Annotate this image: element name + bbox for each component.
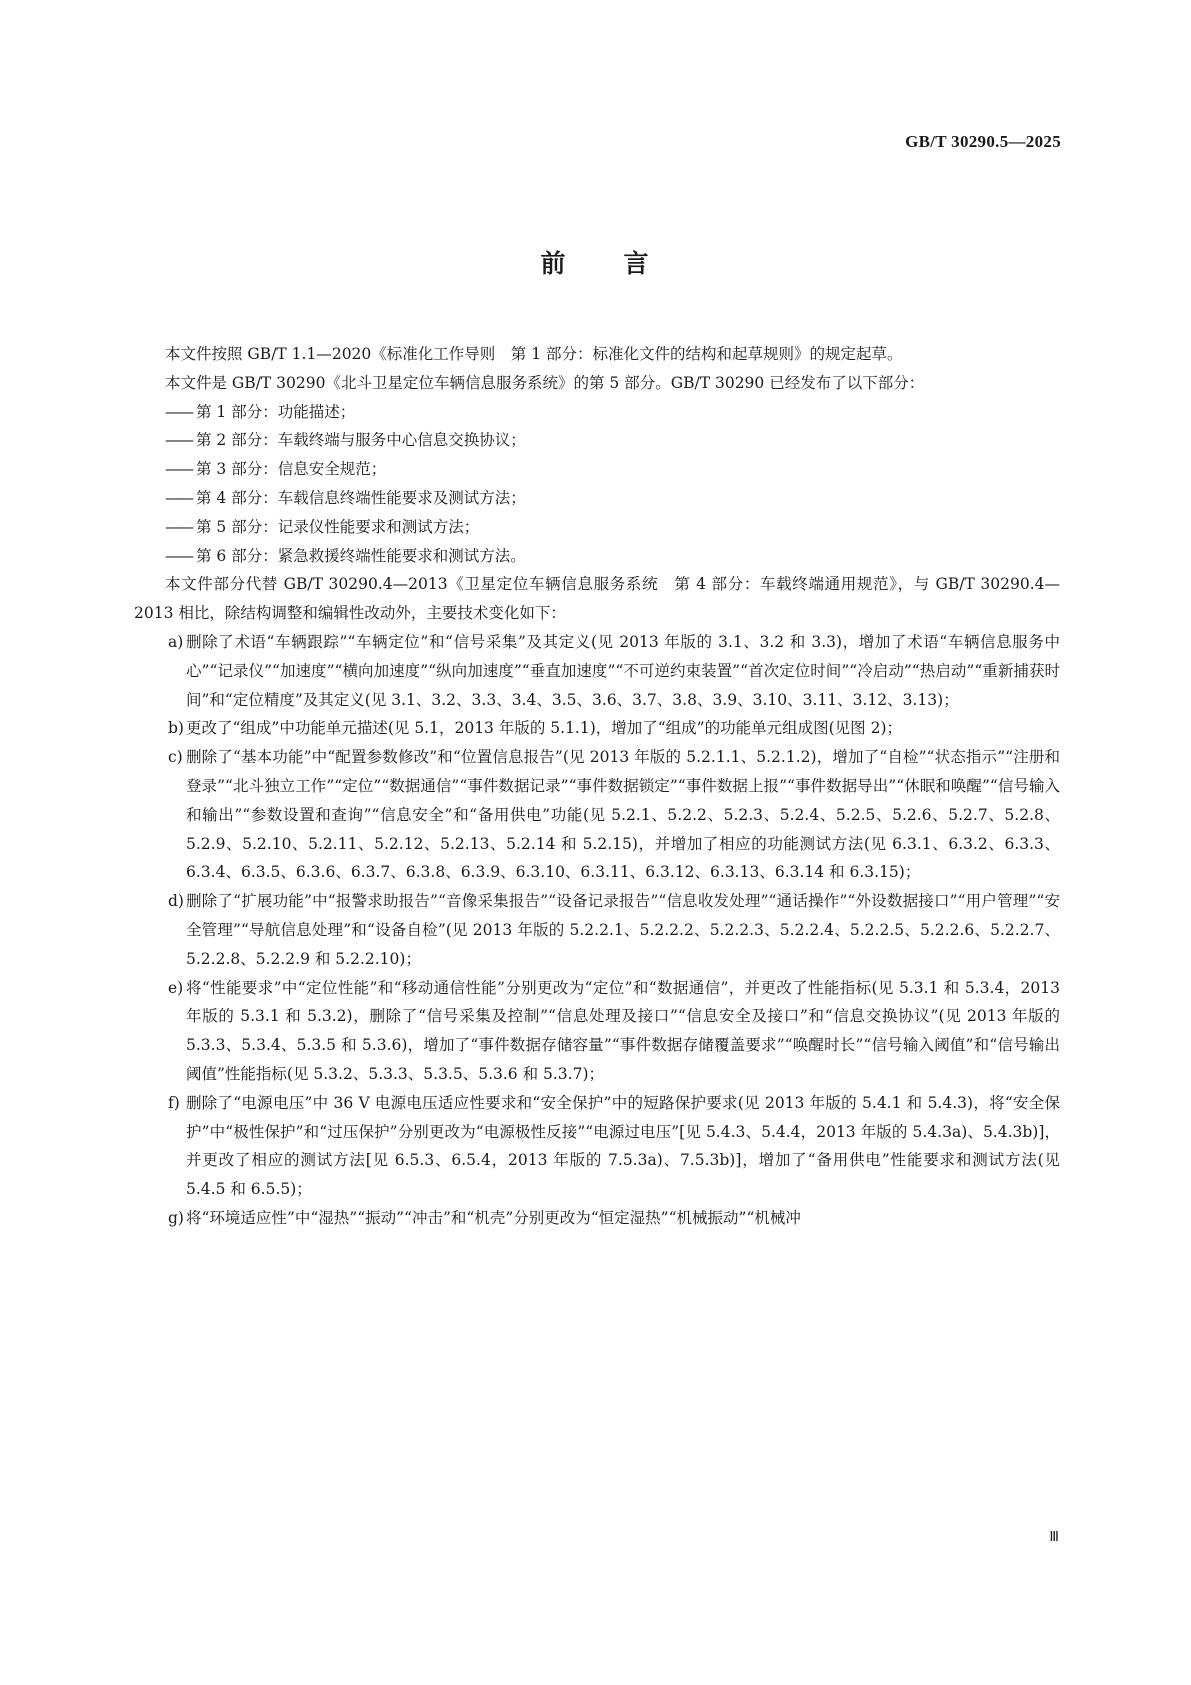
dash-marker: —— (165, 513, 196, 542)
parts-list-text: 第 1 部分：功能描述； (196, 403, 355, 421)
list-marker: d) (168, 887, 184, 916)
drafting-rule-paragraph: 本文件按照 GB/T 1.1—2020《标准化工作导则 第 1 部分：标准化文件… (134, 340, 1060, 369)
replacement-paragraph: 本文件部分代替 GB/T 30290.4—2013《卫星定位车辆信息服务系统 第… (134, 570, 1060, 628)
dash-marker: —— (165, 484, 196, 513)
parts-list-text: 第 3 部分：信息安全规范； (196, 460, 386, 478)
parts-list-item: ——第 5 部分：记录仪性能要求和测试方法； (165, 513, 1060, 542)
list-marker: a) (168, 628, 183, 657)
parts-list-text: 第 2 部分：车载终端与服务中心信息交换协议； (196, 431, 526, 449)
change-text: 将“环境适应性”中“湿热”“振动”“冲击”和“机壳”分别更改为“恒定湿热”“机械… (186, 1209, 801, 1227)
foreword-body: 本文件按照 GB/T 1.1—2020《标准化工作导则 第 1 部分：标准化文件… (134, 340, 1060, 1233)
parts-list-item: ——第 2 部分：车载终端与服务中心信息交换协议； (165, 426, 1060, 455)
changes-list: a)删除了术语“车辆跟踪”“车辆定位”和“信号采集”及其定义(见 2013 年版… (134, 628, 1060, 1233)
change-text: 删除了术语“车辆跟踪”“车辆定位”和“信号采集”及其定义(见 2013 年版的 … (186, 633, 1060, 709)
change-item-g: g)将“环境适应性”中“湿热”“振动”“冲击”和“机壳”分别更改为“恒定湿热”“… (134, 1204, 1060, 1233)
parts-list-text: 第 5 部分：记录仪性能要求和测试方法； (196, 518, 479, 536)
page-title-char-2: 言 (624, 249, 651, 278)
list-marker: e) (168, 974, 183, 1003)
change-text: 将“性能要求”中“定位性能”和“移动通信性能”分别更改为“定位”和“数据通信”，… (186, 979, 1060, 1083)
parts-list-item: ——第 6 部分：紧急救援终端性能要求和测试方法。 (165, 542, 1060, 571)
dash-marker: —— (165, 426, 196, 455)
parts-list-item: ——第 4 部分：车载信息终端性能要求及测试方法； (165, 484, 1060, 513)
dash-marker: —— (165, 398, 196, 427)
list-marker: g) (168, 1204, 184, 1233)
page-number: Ⅲ (1049, 1529, 1059, 1546)
dash-marker: —— (165, 542, 196, 571)
change-item-f: f)删除了“电源电压”中 36 V 电源电压适应性要求和“安全保护”中的短路保护… (134, 1089, 1060, 1204)
parts-list-text: 第 6 部分：紧急救援终端性能要求和测试方法。 (196, 547, 526, 565)
change-text: 更改了“组成”中功能单元描述(见 5.1，2013 年版的 5.1.1)，增加了… (186, 719, 902, 737)
change-item-e: e)将“性能要求”中“定位性能”和“移动通信性能”分别更改为“定位”和“数据通信… (134, 974, 1060, 1089)
change-text: 删除了“电源电压”中 36 V 电源电压适应性要求和“安全保护”中的短路保护要求… (186, 1094, 1060, 1198)
list-marker: b) (168, 714, 184, 743)
change-item-d: d)删除了“扩展功能”中“报警求助报告”“音像采集报告”“设备记录报告”“信息收… (134, 887, 1060, 973)
standard-code-header: GB/T 30290.5—2025 (905, 132, 1061, 152)
change-text: 删除了“基本功能”中“配置参数修改”和“位置信息报告”(见 2013 年版的 5… (186, 748, 1060, 881)
parts-list-item: ——第 3 部分：信息安全规范； (165, 455, 1060, 484)
list-marker: c) (168, 743, 183, 772)
change-item-b: b)更改了“组成”中功能单元描述(见 5.1，2013 年版的 5.1.1)，增… (134, 714, 1060, 743)
change-item-c: c)删除了“基本功能”中“配置参数修改”和“位置信息报告”(见 2013 年版的… (134, 743, 1060, 887)
parts-list-text: 第 4 部分：车载信息终端性能要求及测试方法； (196, 489, 526, 507)
page-title-char-1: 前 (540, 249, 567, 278)
parts-list-item: ——第 1 部分：功能描述； (165, 398, 1060, 427)
page-title: 前言 (0, 244, 1191, 280)
parts-list: ——第 1 部分：功能描述； ——第 2 部分：车载终端与服务中心信息交换协议；… (134, 398, 1060, 571)
change-text: 删除了“扩展功能”中“报警求助报告”“音像采集报告”“设备记录报告”“信息收发处… (186, 892, 1060, 968)
change-item-a: a)删除了术语“车辆跟踪”“车辆定位”和“信号采集”及其定义(见 2013 年版… (134, 628, 1060, 714)
series-intro-paragraph: 本文件是 GB/T 30290《北斗卫星定位车辆信息服务系统》的第 5 部分。G… (134, 369, 1060, 398)
dash-marker: —— (165, 455, 196, 484)
list-marker: f) (168, 1089, 180, 1118)
